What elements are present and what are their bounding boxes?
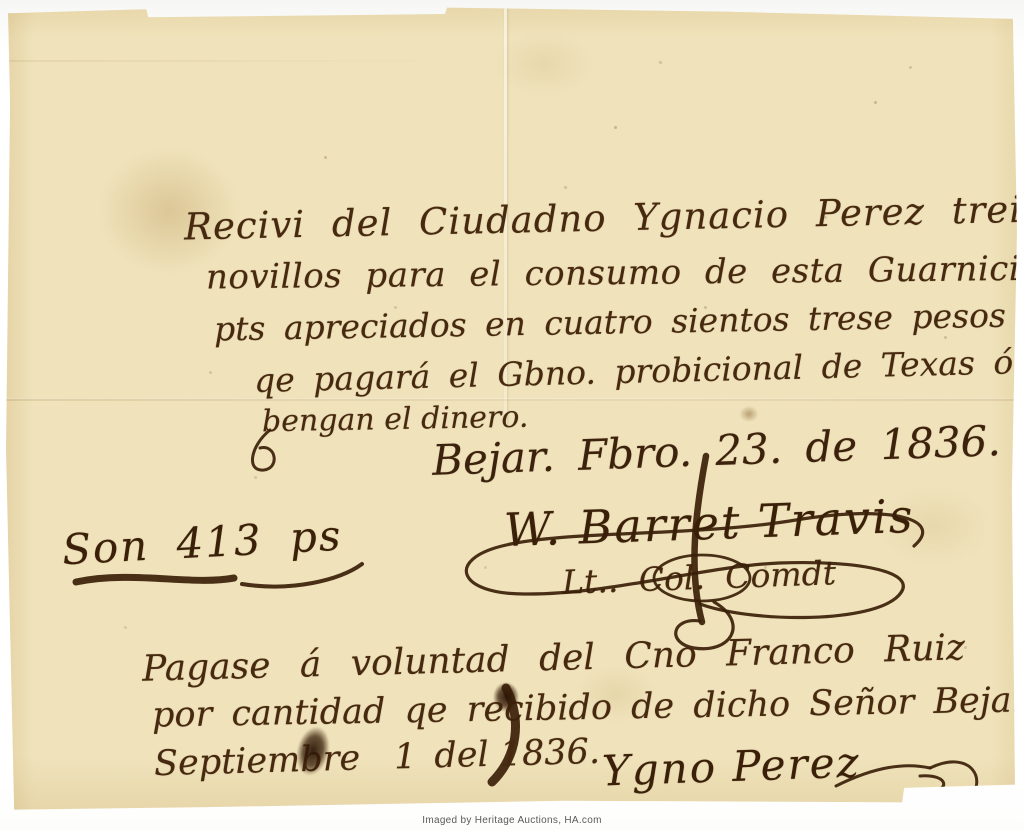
manuscript-line-2: novillos para el consumo de esta Guarnic… <box>206 249 1024 298</box>
endorsement-day: 1 <box>394 737 417 778</box>
amount-underline-flourish <box>62 558 372 598</box>
foxing-speckles <box>4 6 7 9</box>
endorsement-line-2: por cantidad qe recibido de dicho Señor … <box>152 680 1024 735</box>
manuscript-line-3: pts apreciados en cuatro sientos trese p… <box>214 295 1024 349</box>
endorsement-year: del 1836. <box>434 732 601 777</box>
ink-blot-q <box>493 682 519 712</box>
date-gap <box>417 767 435 768</box>
manuscript-paper: Recivi del Ciudadno Ygnacio Perez treint… <box>4 6 1020 812</box>
faint-top-crease <box>4 60 471 62</box>
auction-photo-scene: Recivi del Ciudadno Ygnacio Perez treint… <box>0 0 1024 830</box>
manuscript-line-4: qe pagará el Gbno. probicional de Texas … <box>254 339 1024 400</box>
photo-credit-caption: Imaged by Heritage Auctions, HA.com <box>0 815 1024 826</box>
perez-signature: Ygno Perez <box>601 738 861 796</box>
manuscript-line-1: Recivi del Ciudadno Ygnacio Perez treint… <box>184 187 1024 249</box>
pen-curl-flourish <box>240 424 290 484</box>
date-gap <box>360 769 394 770</box>
